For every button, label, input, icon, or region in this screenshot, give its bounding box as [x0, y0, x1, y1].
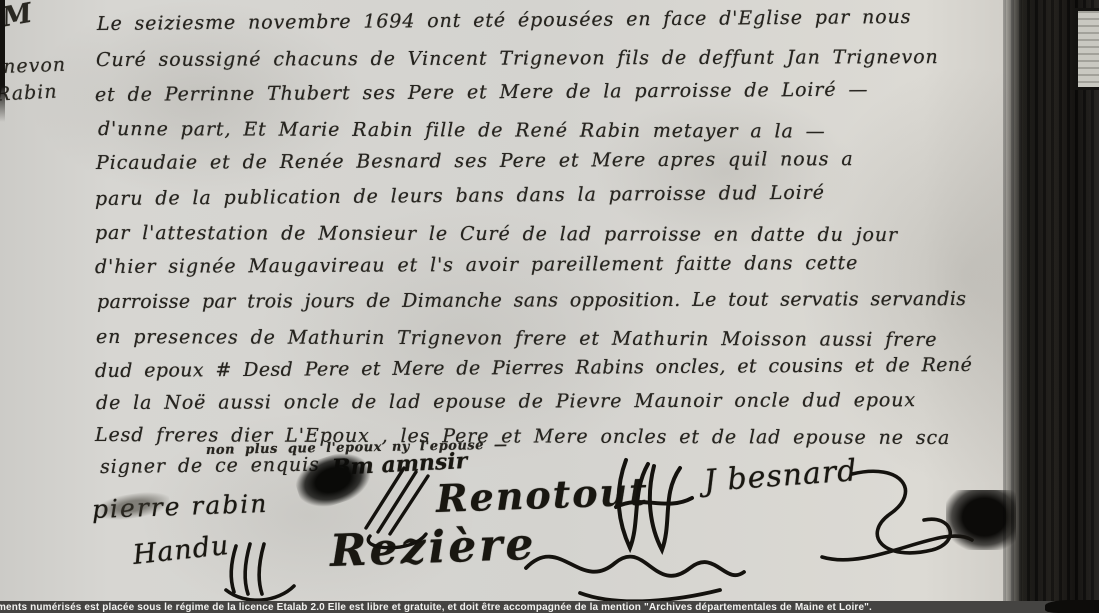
manuscript-line: et de Perrinne Thubert ses Pere et Mere …	[95, 79, 868, 106]
scan-left-edge	[0, 0, 5, 122]
manuscript-line: dud epoux # Desd Pere et Mere de Pierres…	[95, 354, 972, 382]
manuscript-line: signer de ce enquis	[100, 454, 320, 478]
manuscript-line: de la Noë aussi oncle de lad epouse de P…	[96, 389, 916, 414]
manuscript-line: d'hier signée Maugavireau et l's avoir p…	[95, 252, 858, 278]
margin-note-surname-groom: gnevon	[0, 54, 66, 79]
book-binding-edge	[1003, 0, 1099, 613]
margin-note-initial: M	[0, 0, 34, 33]
ink-flourish-besnard-paraph	[812, 462, 982, 577]
license-caption-bar: ments numérisés est placée sous le régim…	[0, 601, 1099, 613]
manuscript-line: par l'attestation de Monsieur le Curé de…	[95, 222, 898, 246]
manuscript-line: Picaudaie et de Renée Besnard ses Pere e…	[96, 148, 854, 174]
margin-note-surname-bride: Rabin	[0, 80, 58, 105]
manuscript-line: parroisse par trois jours de Dimanche sa…	[97, 288, 967, 313]
manuscript-line: Curé soussigné chacuns de Vincent Trigne…	[96, 46, 939, 71]
binding-corner-shadow	[1045, 600, 1099, 613]
ink-flourish-handu-loops	[216, 540, 311, 602]
ink-flourish-reziere-tail	[520, 538, 750, 608]
ink-flourish-hatching	[352, 462, 482, 552]
license-caption-text: ments numérisés est placée sous le régim…	[0, 601, 872, 613]
manuscript-scan-page: M gnevon Rabin Le seiziesme novembre 169…	[0, 0, 1099, 613]
manuscript-line: paru de la publication de leurs bans dan…	[95, 182, 825, 210]
manuscript-line: Le seiziesme novembre 1694 ont eté épous…	[97, 6, 912, 35]
manuscript-line: en presences de Mathurin Trignevon frere…	[96, 326, 938, 351]
manuscript-line: d'unne part, Et Marie Rabin fille de Ren…	[98, 118, 826, 143]
page-edge-label	[1075, 8, 1099, 90]
